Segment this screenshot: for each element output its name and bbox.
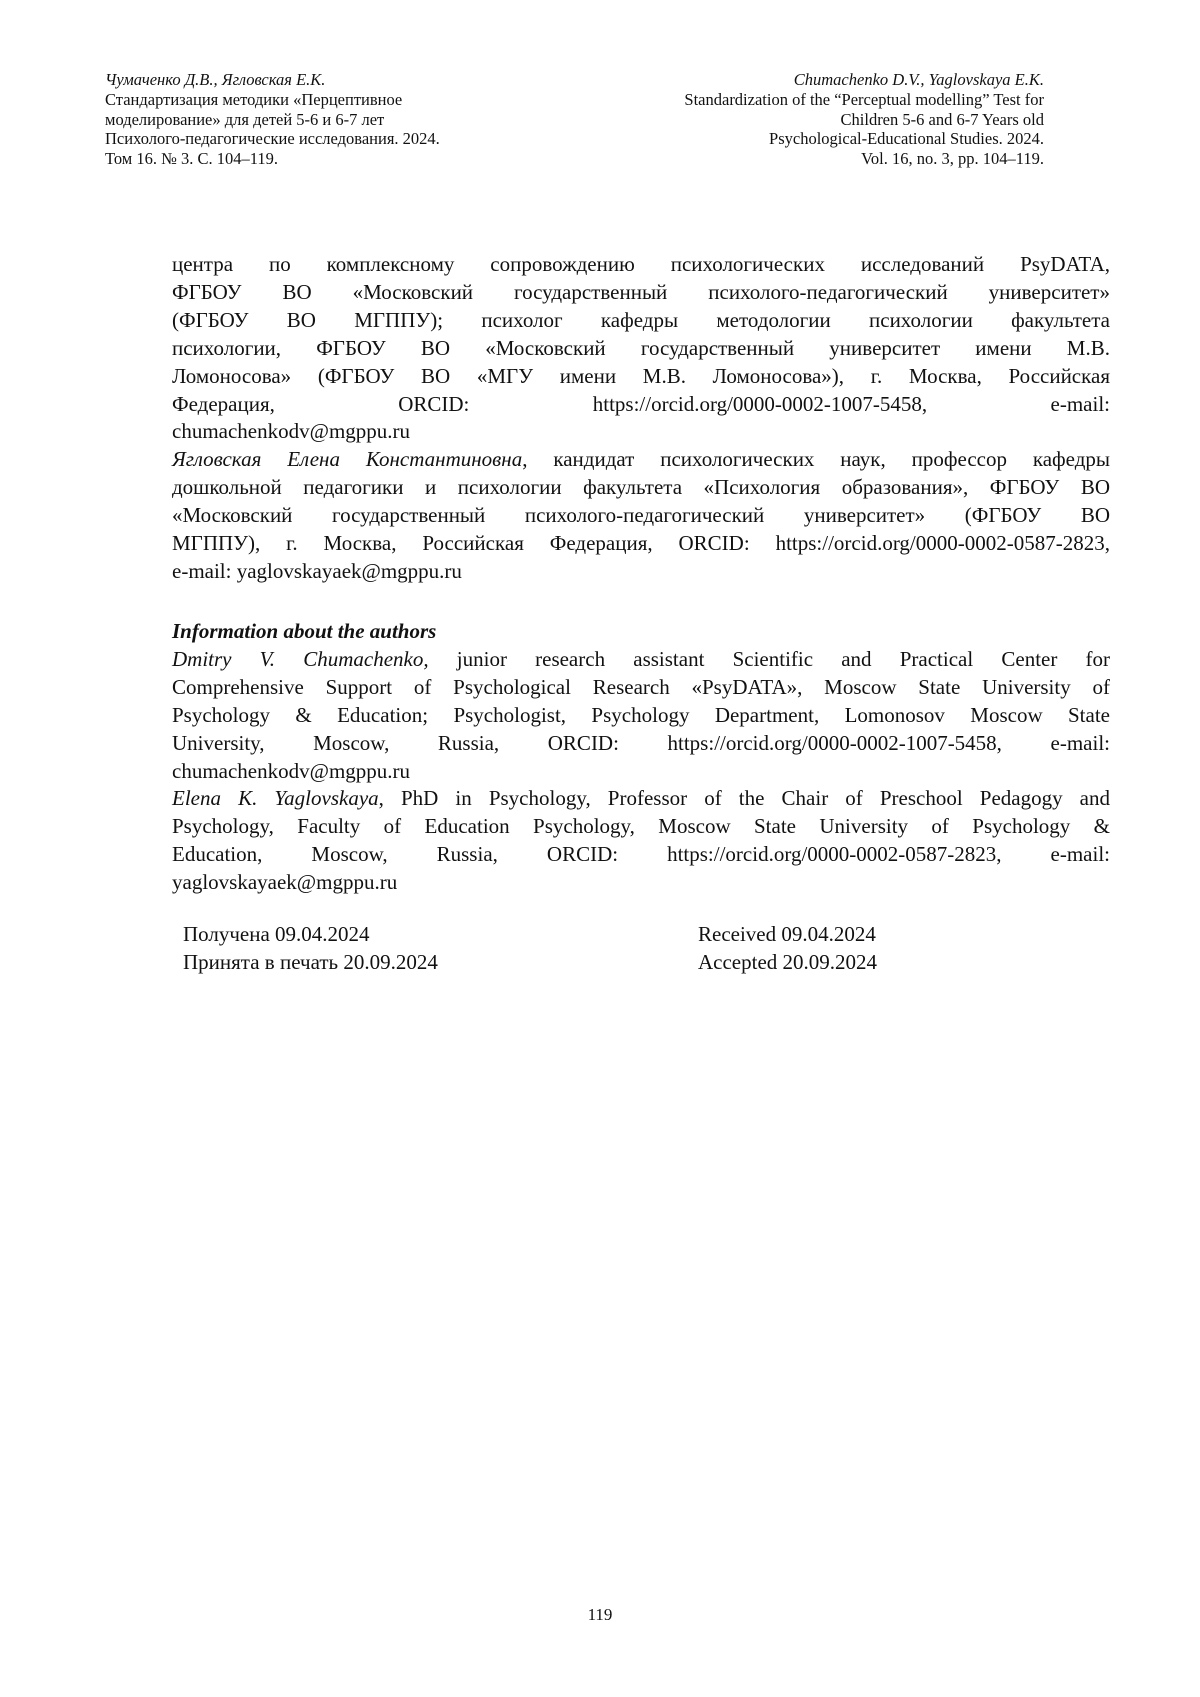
accepted-date-en: Accepted 20.09.2024 xyxy=(698,948,877,976)
ru-author2-email[interactable]: e-mail: yaglovskayaek@mgppu.ru xyxy=(172,558,1110,586)
en-author2-email[interactable]: yaglovskayaek@mgppu.ru xyxy=(172,869,1110,897)
received-date-ru: Получена 09.04.2024 xyxy=(183,920,438,948)
en-authors-heading-line: Information about the authors xyxy=(172,618,1110,646)
en-author-info: Information about the authors Dmitry V. … xyxy=(172,618,1110,897)
text-line: ФГБОУ ВО «Московский государственный пси… xyxy=(172,279,1110,307)
running-head-en-title-1: Standardization of the “Perceptual model… xyxy=(544,90,1044,110)
running-head-en: Chumachenko D.V., Yaglovskaya E.K. Stand… xyxy=(544,70,1044,169)
ru-author1-email[interactable]: chumachenkodv@mgppu.ru xyxy=(172,418,1110,446)
text-line: Dmitry V. Chumachenko, junior research a… xyxy=(172,646,1110,674)
text-line: психологии, ФГБОУ ВО «Московский государ… xyxy=(172,335,1110,363)
text-line: Ломоносова» (ФГБОУ ВО «МГУ имени М.В. Ло… xyxy=(172,363,1110,391)
text-line: Psychology, Faculty of Education Psychol… xyxy=(172,813,1110,841)
text-line: (ФГБОУ ВО МГППУ); психолог кафедры метод… xyxy=(172,307,1110,335)
text-line: Ягловская Елена Константиновна, кандидат… xyxy=(172,446,1110,474)
dates-en: Received 09.04.2024 Accepted 20.09.2024 xyxy=(698,920,877,976)
text-line: дошкольной педагогики и психологии факул… xyxy=(172,474,1110,502)
dates-ru: Получена 09.04.2024 Принята в печать 20.… xyxy=(183,920,438,976)
running-head-en-volume: Vol. 16, no. 3, pp. 104–119. xyxy=(544,149,1044,169)
ru-author2-paragraph: Ягловская Елена Константиновна, кандидат… xyxy=(172,446,1110,586)
text-line: центра по комплексному сопровождению пси… xyxy=(172,251,1110,279)
received-date-en: Received 09.04.2024 xyxy=(698,920,877,948)
ru-author1-continuation: центра по комплексному сопровождению пси… xyxy=(172,251,1110,446)
section-heading: Information about the authors xyxy=(172,618,1110,646)
en-author1-first-line: junior research assistant Scientific and… xyxy=(429,647,1110,671)
text-line: Федерация, ORCID: https://orcid.org/0000… xyxy=(172,391,1110,419)
text-line: University, Moscow, Russia, ORCID: https… xyxy=(172,730,1110,758)
text-line: «Московский государственный психолого-пе… xyxy=(172,502,1110,530)
en-author2-paragraph: Elena K. Yaglovskaya, PhD in Psychology,… xyxy=(172,785,1110,897)
ru-author2-name: Ягловская Елена Константиновна xyxy=(172,447,522,471)
en-author1-paragraph: Dmitry V. Chumachenko, junior research a… xyxy=(172,646,1110,786)
page-number: 119 xyxy=(0,1605,1200,1625)
accepted-date-ru: Принята в печать 20.09.2024 xyxy=(183,948,438,976)
text-line: Psychology & Education; Psychologist, Ps… xyxy=(172,702,1110,730)
text-line: Education, Moscow, Russia, ORCID: https:… xyxy=(172,841,1110,869)
text-line: Comprehensive Support of Psychological R… xyxy=(172,674,1110,702)
en-author2-first-line: , PhD in Psychology, Professor of the Ch… xyxy=(379,786,1110,810)
running-head-en-title-2: Children 5-6 and 6-7 Years old xyxy=(544,110,1044,130)
ru-author-info: центра по комплексному сопровождению пси… xyxy=(172,251,1110,586)
running-head-en-authors: Chumachenko D.V., Yaglovskaya E.K. xyxy=(544,70,1044,90)
en-author1-name: Dmitry V. Chumachenko, xyxy=(172,647,429,671)
running-head-en-journal: Psychological-Educational Studies. 2024. xyxy=(544,129,1044,149)
running-head-ru-title-2: моделирование» для детей 5-6 и 6-7 лет xyxy=(105,110,565,130)
en-author2-name: Elena K. Yaglovskaya xyxy=(172,786,379,810)
running-head-ru-title-1: Стандартизация методики «Перцептивное xyxy=(105,90,565,110)
running-head-ru-volume: Том 16. № 3. С. 104–119. xyxy=(105,149,565,169)
running-head-ru: Чумаченко Д.В., Ягловская Е.К. Стандарти… xyxy=(105,70,565,169)
running-head-ru-journal: Психолого-педагогические исследования. 2… xyxy=(105,129,565,149)
text-line: Elena K. Yaglovskaya, PhD in Psychology,… xyxy=(172,785,1110,813)
ru-author2-first-line: , кандидат психологических наук, професс… xyxy=(522,447,1110,471)
text-line: МГППУ), г. Москва, Российская Федерация,… xyxy=(172,530,1110,558)
en-author1-email[interactable]: chumachenkodv@mgppu.ru xyxy=(172,758,1110,786)
running-head-ru-authors: Чумаченко Д.В., Ягловская Е.К. xyxy=(105,70,565,90)
